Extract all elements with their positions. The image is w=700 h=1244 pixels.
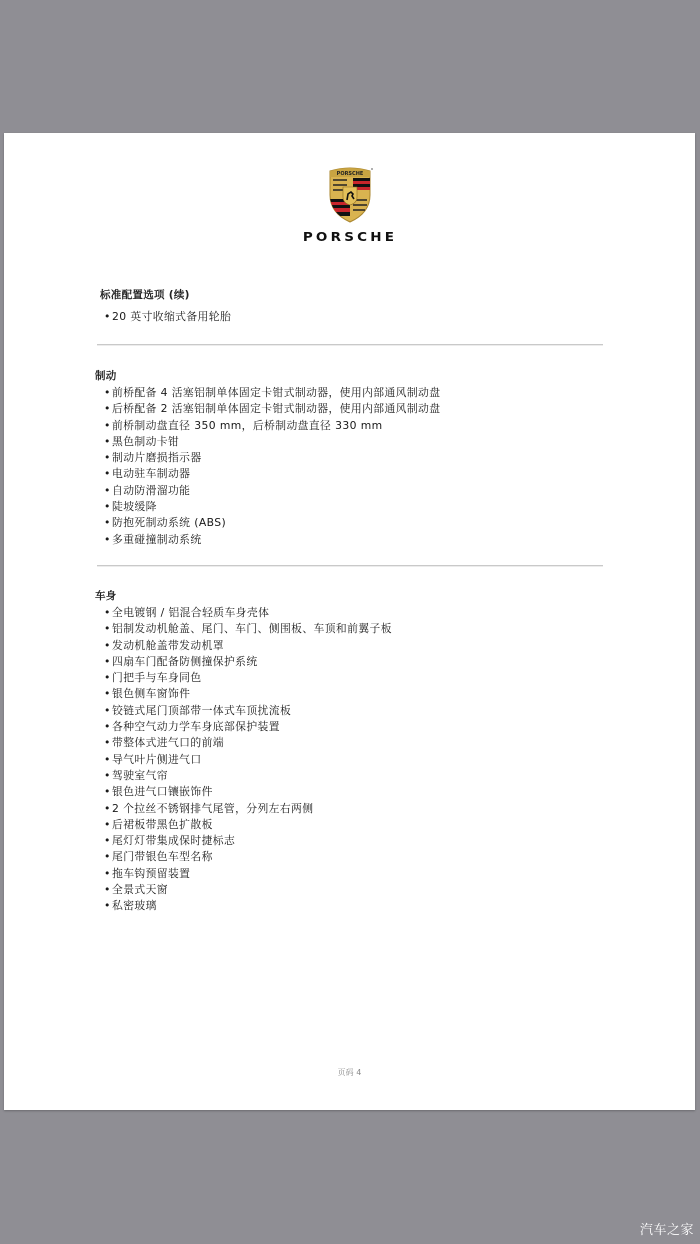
- section-title-standard-options: 标准配置选项 (续): [100, 287, 190, 302]
- watermark: 汽车之家: [640, 1219, 694, 1238]
- section-title-body: 车身: [95, 588, 117, 603]
- list-item: 拖车钩预留装置: [104, 866, 392, 882]
- list-item: 各种空气动力学车身底部保护装置: [104, 719, 392, 735]
- list-item: 防抱死制动系统 (ABS): [104, 515, 440, 531]
- list-item: 陡坡缓降: [104, 499, 440, 515]
- list-item: 前桥配备 4 活塞铝制单体固定卡钳式制动器，使用内部通风制动盘: [104, 385, 440, 401]
- list-item: 多重碰撞制动系统: [104, 532, 440, 548]
- list-item: 20 英寸收缩式备用轮胎: [104, 309, 231, 325]
- list-item: 尾灯灯带集成保时捷标志: [104, 833, 392, 849]
- list-item: 电动驻车制动器: [104, 466, 440, 482]
- list-item: 驾驶室气帘: [104, 768, 392, 784]
- document-page: PORSCHE PORSCHE 标准配置选项 (续) 20 英寸收缩式备用轮胎 …: [4, 133, 695, 1110]
- list-item: 后桥配备 2 活塞铝制单体固定卡钳式制动器，使用内部通风制动盘: [104, 401, 440, 417]
- list-item: 银色侧车窗饰件: [104, 686, 392, 702]
- standard-options-list: 20 英寸收缩式备用轮胎: [104, 309, 231, 325]
- list-item: 带整体式进气口的前端: [104, 735, 392, 751]
- section-divider: [97, 565, 603, 567]
- list-item: 黑色制动卡钳: [104, 434, 440, 450]
- page-number: 页码 4: [4, 1067, 695, 1078]
- list-item: 2 个拉丝不锈钢排气尾管，分列左右两侧: [104, 801, 392, 817]
- porsche-wordmark: PORSCHE: [275, 230, 425, 244]
- list-item: 四扇车门配备防侧撞保护系统: [104, 654, 392, 670]
- svg-text:PORSCHE: PORSCHE: [336, 171, 363, 177]
- brakes-list: 前桥配备 4 活塞铝制单体固定卡钳式制动器，使用内部通风制动盘 后桥配备 2 活…: [104, 385, 440, 548]
- list-item: 制动片磨损指示器: [104, 450, 440, 466]
- porsche-logo: PORSCHE PORSCHE: [4, 165, 695, 244]
- body-list: 全电镀钢 / 铝混合轻质车身壳体 铝制发动机舱盖、尾门、车门、侧围板、车顶和前翼…: [104, 605, 392, 915]
- list-item: 门把手与车身同色: [104, 670, 392, 686]
- list-item: 后裙板带黑色扩散板: [104, 817, 392, 833]
- list-item: 自动防滑溜功能: [104, 483, 440, 499]
- list-item: 尾门带银色车型名称: [104, 849, 392, 865]
- list-item: 私密玻璃: [104, 898, 392, 914]
- porsche-crest-icon: PORSCHE: [327, 165, 373, 223]
- list-item: 铝制发动机舱盖、尾门、车门、侧围板、车顶和前翼子板: [104, 621, 392, 637]
- list-item: 银色进气口镶嵌饰件: [104, 784, 392, 800]
- list-item: 铰链式尾门顶部带一体式车顶扰流板: [104, 703, 392, 719]
- list-item: 发动机舱盖带发动机罩: [104, 638, 392, 654]
- section-title-brakes: 制动: [95, 368, 117, 383]
- list-item: 前桥制动盘直径 350 mm，后桥制动盘直径 330 mm: [104, 418, 440, 434]
- list-item: 导气叶片侧进气口: [104, 752, 392, 768]
- list-item: 全景式天窗: [104, 882, 392, 898]
- section-divider: [97, 344, 603, 346]
- list-item: 全电镀钢 / 铝混合轻质车身壳体: [104, 605, 392, 621]
- svg-text:PORSCHE: PORSCHE: [302, 231, 396, 244]
